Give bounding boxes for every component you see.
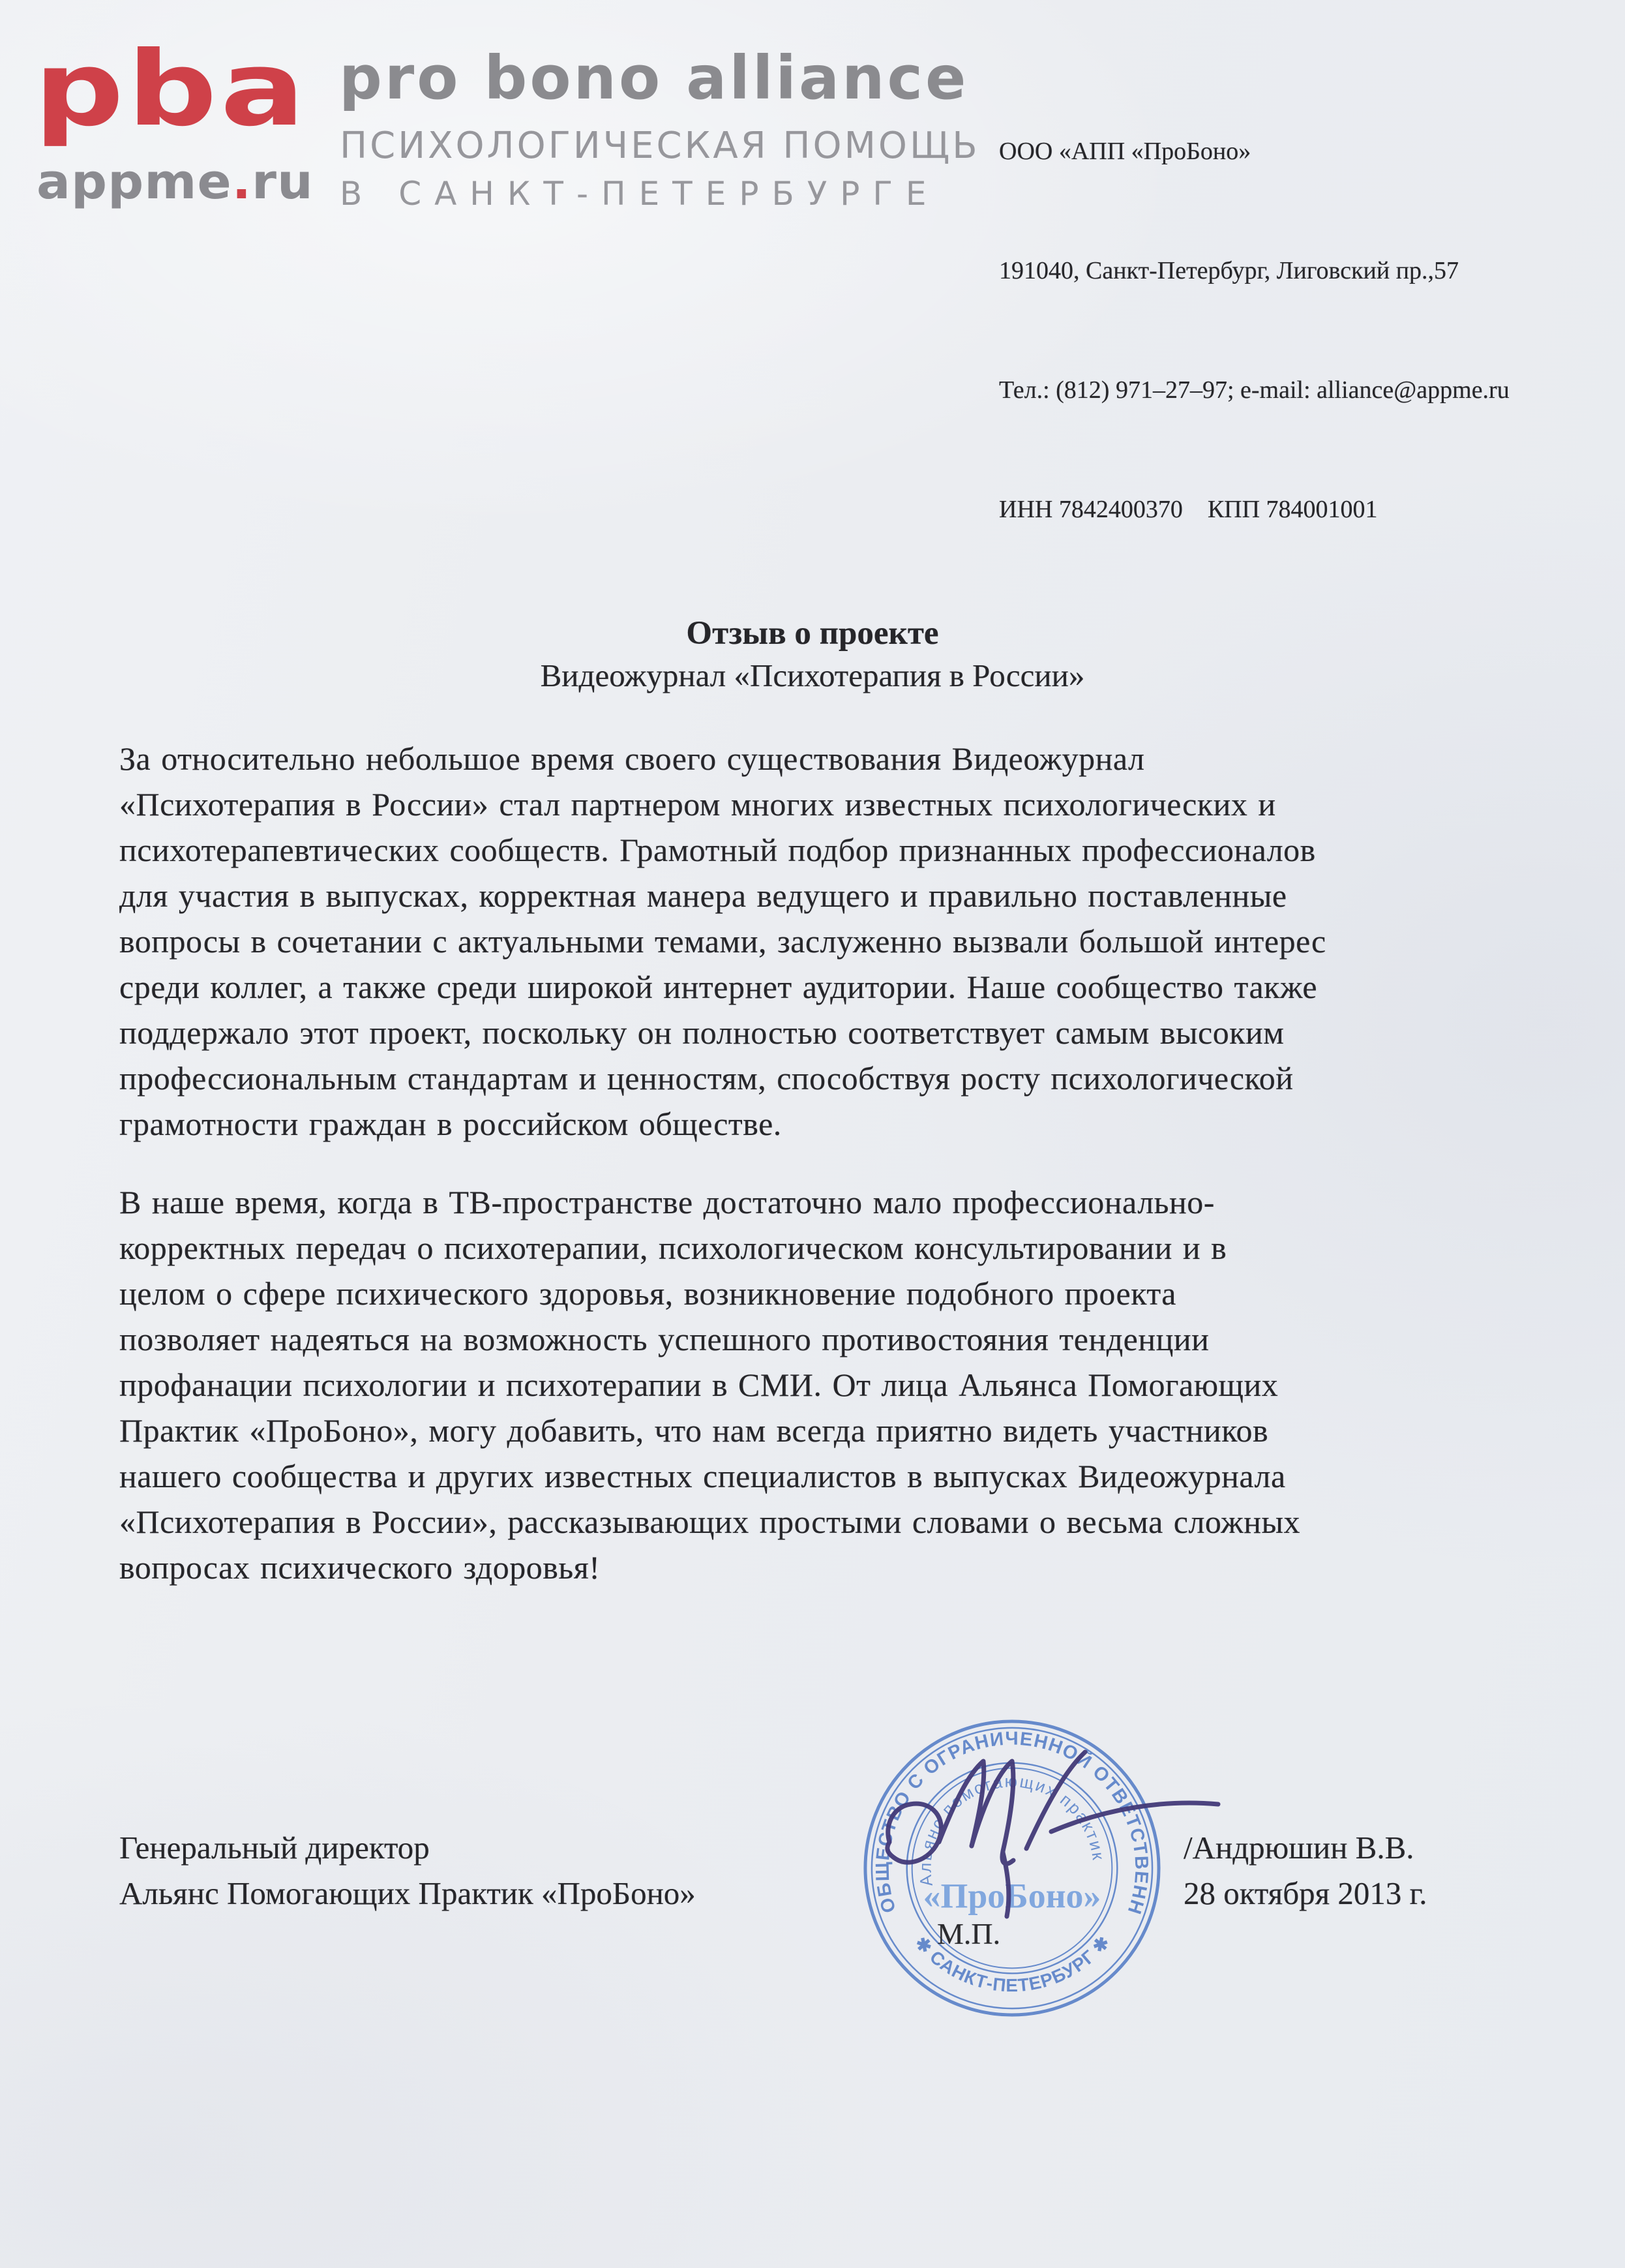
pba-logo: pba xyxy=(34,38,308,141)
signature-stroke xyxy=(887,1804,941,1862)
signatory-role-block: Генеральный директор Альянс Помогающих П… xyxy=(119,1825,696,1916)
paragraph-line: нашего сообщества и других известных спе… xyxy=(119,1453,1554,1499)
paragraph-line: профанации психологии и психотерапии в С… xyxy=(119,1362,1554,1408)
paragraph-line: среди коллег, а также среди широкой инте… xyxy=(119,964,1554,1010)
paragraph-line: целом о сфере психического здоровья, воз… xyxy=(119,1271,1554,1316)
paragraph-line: поддержало этот проект, поскольку он пол… xyxy=(119,1010,1554,1055)
logo-site-dot: . xyxy=(232,154,252,210)
scanned-letter-page: pba appme.ru pro bono alliance ПСИХОЛОГИ… xyxy=(0,0,1625,2268)
paragraph-line: В наше время, когда в ТВ-пространстве до… xyxy=(119,1179,1554,1225)
title-block: Отзыв о проекте Видеожурнал «Психотерапи… xyxy=(0,612,1625,697)
paragraph-line: вопросы в сочетании с актуальными темами… xyxy=(119,918,1554,964)
paragraph-line: корректных передач о психотерапии, психо… xyxy=(119,1225,1554,1271)
signature-stroke xyxy=(1051,1803,1218,1832)
signatory-role-line2: Альянс Помогающих Практик «ПроБоно» xyxy=(119,1871,696,1916)
company-inn-kpp: ИНН 7842400370 КПП 784001001 xyxy=(999,490,1612,530)
org-name-latin: pro bono alliance xyxy=(339,48,968,108)
logo-site-pre: appme xyxy=(37,154,232,210)
company-address: 191040, Санкт-Петербург, Лиговский пр.,5… xyxy=(999,251,1612,291)
paragraph-line: профессиональным стандартам и ценностям,… xyxy=(119,1055,1554,1101)
org-tagline-line1: ПСИХОЛОГИЧЕСКАЯ ПОМОЩЬ xyxy=(340,128,980,164)
paragraph-line: «Психотерапия в России» стал партнером м… xyxy=(119,781,1554,827)
paragraph-line: «Психотерапия в России», рассказывающих … xyxy=(119,1499,1554,1545)
handwritten-signature xyxy=(856,1727,1234,1943)
org-tagline-line2: В САНКТ-ПЕТЕРБУРГЕ xyxy=(340,177,939,210)
logo-site-post: ru xyxy=(252,154,314,210)
company-details-block: ООО «АПП «ПроБоно» 191040, Санкт-Петербу… xyxy=(999,52,1612,609)
signatory-role-line1: Генеральный директор xyxy=(119,1825,696,1871)
paragraph-line: психотерапевтических сообществ. Грамотны… xyxy=(119,827,1554,873)
paragraph-line: грамотности граждан в российском обществ… xyxy=(119,1101,1554,1147)
paragraph-line: вопросах психического здоровья! xyxy=(119,1545,1554,1590)
company-legal-name: ООО «АПП «ПроБоно» xyxy=(999,132,1612,172)
paragraph-line: За относительно небольшое время своего с… xyxy=(119,736,1554,781)
company-phone-email: Тел.: (812) 971–27–97; e-mail: alliance@… xyxy=(999,370,1612,410)
document-subtitle: Видеожурнал «Психотерапия в России» xyxy=(0,655,1625,697)
paragraph-line: для участия в выпусках, корректная манер… xyxy=(119,873,1554,918)
logo-site-url: appme.ru xyxy=(37,158,314,206)
signature-stroke xyxy=(1026,1752,1085,1849)
paragraph-1: За относительно небольшое время своего с… xyxy=(119,736,1554,1147)
document-title: Отзыв о проекте xyxy=(0,612,1625,655)
paragraph-line: позволяет надеяться на возможность успеш… xyxy=(119,1316,1554,1362)
paragraph-2: В наше время, когда в ТВ-пространстве до… xyxy=(119,1179,1554,1590)
paragraph-line: Практик «ПроБоно», могу добавить, что на… xyxy=(119,1408,1554,1453)
